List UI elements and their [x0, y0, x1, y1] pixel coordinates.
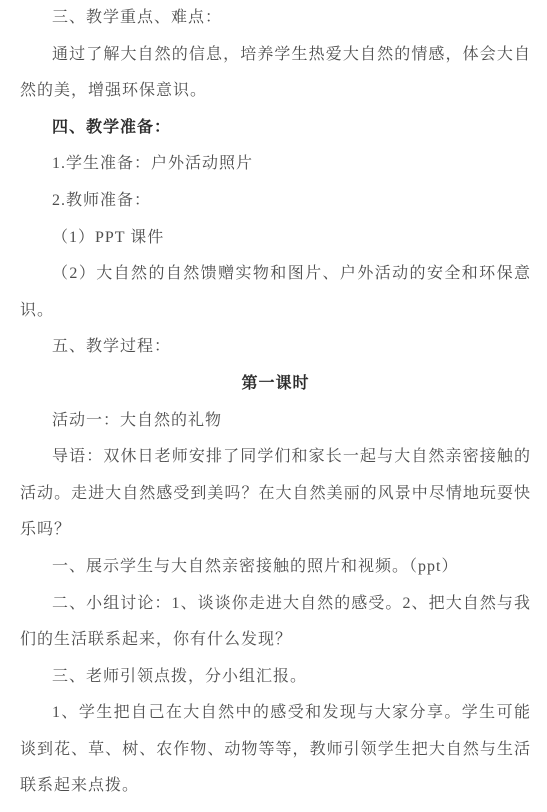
lesson-title-first-period: 第一课时 [20, 366, 531, 403]
para-step-one-show-photos: 一、展示学生与大自然亲密接触的照片和视频。（ppt） [20, 549, 531, 586]
para-ppt-courseware: （1）PPT 课件 [20, 220, 531, 257]
para-teacher-preparation: 2.教师准备： [20, 183, 531, 220]
para-lead-in: 导语：双休日老师安排了同学们和家长一起与大自然亲密接触的活动。走进大自然感受到美… [20, 439, 531, 549]
para-activity-one-title: 活动一：大自然的礼物 [20, 403, 531, 440]
para-natural-gifts-materials: （2）大自然的自然馈赠实物和图片、户外活动的安全和环保意识。 [20, 256, 531, 329]
para-step-three-teacher-guide: 三、老师引领点拨，分小组汇报。 [20, 659, 531, 696]
para-step-two-group-discuss: 二、小组讨论：1、谈谈你走进大自然的感受。2、把大自然与我们的生活联系起来，你有… [20, 586, 531, 659]
document-page: 三、教学重点、难点： 通过了解大自然的信息，培养学生热爱大自然的情感，体会大自然… [0, 0, 547, 812]
para-key-points-body: 通过了解大自然的信息，培养学生热爱大自然的情感，体会大自然的美，增强环保意识。 [20, 37, 531, 110]
para-student-preparation: 1.学生准备：户外活动照片 [20, 146, 531, 183]
section-heading-key-points: 三、教学重点、难点： [20, 0, 531, 37]
section-heading-process: 五、教学过程： [20, 329, 531, 366]
section-heading-preparation: 四、教学准备： [20, 110, 531, 147]
para-step-three-detail: 1、学生把自己在大自然中的感受和发现与大家分享。学生可能谈到花、草、树、农作物、… [20, 695, 531, 805]
